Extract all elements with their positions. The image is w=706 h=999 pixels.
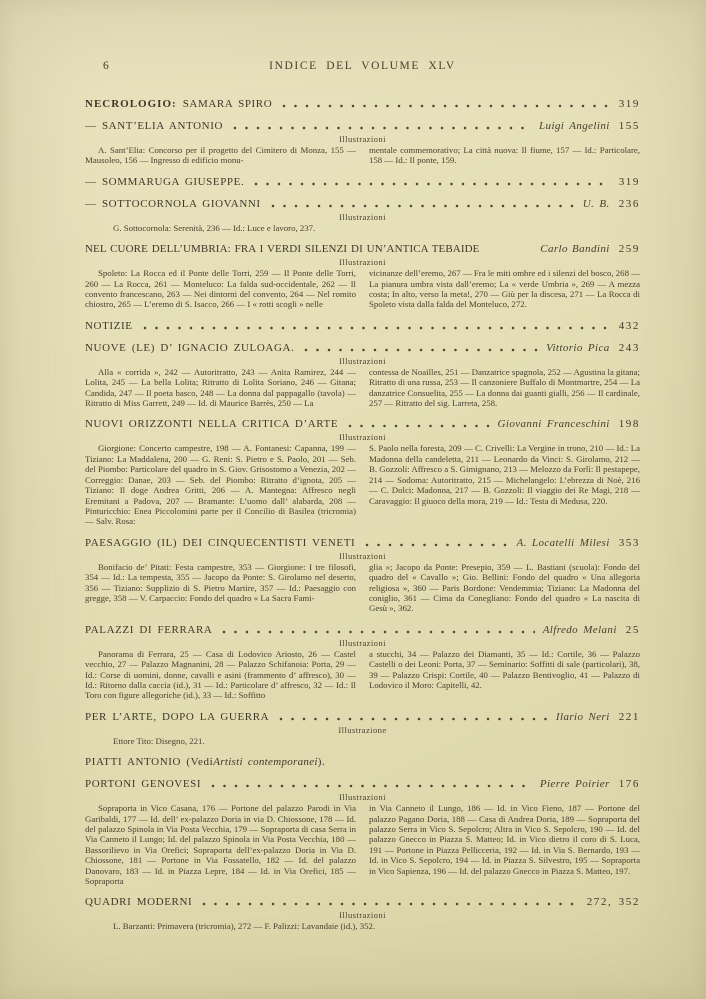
entry-title: NUOVI ORIZZONTI NELLA CRITICA D’ARTE (85, 418, 338, 430)
page-header: 6 INDICE DEL VOLUME XLV (85, 60, 640, 72)
illustrations-columns: Sopraporta in Vico Casana, 176 — Portone… (85, 803, 640, 886)
illustrations-label: Illustrazioni (85, 257, 640, 267)
entry-author: Alfredo Melani (543, 624, 617, 636)
entry-heading: — SANT’ELIA ANTONIO Luigi Angelini 155 (85, 120, 640, 132)
entry-page: 272, 352 (587, 896, 640, 908)
index-entry: — SANT’ELIA ANTONIO Luigi Angelini 155 I… (85, 120, 640, 166)
entry-title: QUADRI MODERNI (85, 896, 192, 908)
entry-page: 353 (619, 537, 640, 549)
index-entry: NUOVE (LE) D’ IGNACIO ZULOAGA. Vittorio … (85, 342, 640, 409)
entry-page: 432 (619, 320, 640, 332)
index-entry: NOTIZIE 432 (85, 320, 640, 332)
entry-page: 198 (619, 418, 640, 430)
illustrations-right-column: a stucchi, 34 — Palazzo dei Diamanti, 35… (369, 649, 640, 701)
index-entry: NUOVI ORIZZONTI NELLA CRITICA D’ARTE Gio… (85, 418, 640, 526)
illustrations-line: Ettore Tito: Disegno, 221. (99, 736, 640, 746)
index-entry: QUADRI MODERNI 272, 352 Illustrazioni L.… (85, 896, 640, 931)
leader-dots (279, 712, 548, 723)
index-entry: — SOMMARUGA GIUSEPPE. 319 (85, 176, 640, 188)
entry-title: PAESAGGIO (IL) DEI CINQUECENTISTI VENETI (85, 537, 355, 549)
entry-title: SAMARA SPIRO (183, 98, 273, 110)
entry-title: NOTIZIE (85, 320, 133, 332)
illustrations-left-column: Spoleto: La Rocca ed il Ponte delle Torr… (85, 268, 356, 310)
entry-heading: — SOMMARUGA GIUSEPPE. 319 (85, 176, 640, 188)
index-entry: PIATTI ANTONIO (Vedi Artisti contemporan… (85, 756, 640, 768)
illustrations-label: Illustrazioni (85, 432, 640, 442)
index-entry: PER L’ARTE, DOPO LA GUERRA Ilario Neri 2… (85, 711, 640, 746)
illustrations-left-column: Giorgione: Concerto campestre, 198 — A. … (85, 443, 356, 526)
entry-heading: NEL CUORE DELL’UMBRIA: FRA I VERDI SILEN… (85, 243, 640, 255)
entry-page: 155 (619, 120, 640, 132)
leader-dots (222, 625, 534, 636)
leader-dots (143, 321, 611, 332)
entry-author: Carlo Bandini (540, 243, 609, 255)
illustrations-columns: Giorgione: Concerto campestre, 198 — A. … (85, 443, 640, 526)
leader-dots (211, 779, 532, 790)
illustrations-label: Illustrazioni (85, 910, 640, 920)
illustrations-columns: A. Sant’Elia: Concorso per il progetto d… (85, 145, 640, 166)
entry-title: — SANT’ELIA ANTONIO (85, 120, 223, 132)
page-title: INDICE DEL VOLUME XLV (269, 60, 456, 72)
illustrations-line: G. Sottocornola: Serenità, 236 — Id.: Lu… (99, 223, 640, 233)
leader-dots (348, 419, 489, 430)
entry-author: Ilario Neri (556, 711, 610, 723)
entry-heading: — SOTTOCORNOLA GIOVANNI U. B. 236 (85, 198, 640, 210)
entry-title: PIATTI ANTONIO (Vedi (85, 756, 213, 768)
entry-heading: PER L’ARTE, DOPO LA GUERRA Ilario Neri 2… (85, 711, 640, 723)
index-entry: NECROLOGIO: SAMARA SPIRO 319 (85, 98, 640, 110)
entry-heading: PORTONI GENOVESI Pierre Poirier 176 (85, 778, 640, 790)
leader-dots (202, 897, 578, 908)
entry-heading: PALAZZI DI FERRARA Alfredo Melani 25 (85, 624, 640, 636)
index-entry: PORTONI GENOVESI Pierre Poirier 176 Illu… (85, 778, 640, 886)
entry-page: 259 (619, 243, 640, 255)
entry-title: NUOVE (LE) D’ IGNACIO ZULOAGA. (85, 342, 294, 354)
illustrations-columns: Spoleto: La Rocca ed il Ponte delle Torr… (85, 268, 640, 310)
illustrations-columns: Panorama di Ferrara, 25 — Casa di Lodovi… (85, 649, 640, 701)
illustrations-left-column: A. Sant’Elia: Concorso per il progetto d… (85, 145, 356, 166)
entry-title: — SOMMARUGA GIUSEPPE. (85, 176, 244, 188)
illustrations-columns: Bonifacio de’ Pitati: Festa campestre, 3… (85, 562, 640, 614)
entry-page: 25 (626, 624, 640, 636)
entry-author: Giovanni Franceschini (498, 418, 610, 430)
entry-heading: NUOVI ORIZZONTI NELLA CRITICA D’ARTE Gio… (85, 418, 640, 430)
illustrations-right-column: S. Paolo nella foresta, 209 — C. Crivell… (369, 443, 640, 526)
entry-page: 319 (619, 176, 640, 188)
entry-page: 243 (619, 342, 640, 354)
illustrations-line: L. Barzanti: Primavera (tricromia), 272 … (99, 921, 640, 931)
entry-heading: QUADRI MODERNI 272, 352 (85, 896, 640, 908)
illustrations-columns: Alla « corrida », 242 — Autoritratto, 24… (85, 367, 640, 409)
illustrations-label: Illustrazioni (85, 638, 640, 648)
entry-heading: PIATTI ANTONIO (Vedi Artisti contemporan… (85, 756, 640, 768)
illustrations-left-column: Panorama di Ferrara, 25 — Casa di Lodovi… (85, 649, 356, 701)
entry-page: 176 (619, 778, 640, 790)
entry-title: PALAZZI DI FERRARA (85, 624, 212, 636)
entry-author: Vittorio Pica (546, 342, 610, 354)
illustrations-left-column: Alla « corrida », 242 — Autoritratto, 24… (85, 367, 356, 409)
leader-dots (304, 343, 538, 354)
leader-dots (271, 199, 575, 210)
entry-title: PORTONI GENOVESI (85, 778, 201, 790)
index-entry: — SOTTOCORNOLA GIOVANNI U. B. 236 Illust… (85, 198, 640, 233)
entry-author: Luigi Angelini (539, 120, 610, 132)
entry-title: NEL CUORE DELL’UMBRIA: FRA I VERDI SILEN… (85, 243, 479, 255)
illustrations-left-column: Bonifacio de’ Pitati: Festa campestre, 3… (85, 562, 356, 614)
entry-author: A. Locatelli Milesi (517, 537, 610, 549)
entry-heading: NOTIZIE 432 (85, 320, 640, 332)
illustrations-label: Illustrazioni (85, 212, 640, 222)
index-page: 6 INDICE DEL VOLUME XLV NECROLOGIO: SAMA… (0, 0, 706, 932)
illustrations-right-column: contessa de Noailles, 251 — Danzatrice s… (369, 367, 640, 409)
illustrations-label: Illustrazioni (85, 792, 640, 802)
illustrations-label: Illustrazioni (85, 551, 640, 561)
index-entry: NEL CUORE DELL’UMBRIA: FRA I VERDI SILEN… (85, 243, 640, 310)
entry-heading: PAESAGGIO (IL) DEI CINQUECENTISTI VENETI… (85, 537, 640, 549)
illustrations-right-column: glia »; Jacopo da Ponte: Presepio, 359 —… (369, 562, 640, 614)
entry-title-italic: Artisti contemporanei (213, 756, 318, 768)
entry-page: 221 (619, 711, 640, 723)
leader-dots (365, 538, 508, 549)
index-entry: PAESAGGIO (IL) DEI CINQUECENTISTI VENETI… (85, 537, 640, 614)
illustrations-label: Illustrazioni (85, 356, 640, 366)
leader-dots (282, 99, 610, 110)
entry-page: 236 (619, 198, 640, 210)
entry-title: — SOTTOCORNOLA GIOVANNI (85, 198, 261, 210)
entry-author: U. B. (583, 198, 610, 210)
heading-spacer (483, 244, 536, 255)
page-number: 6 (103, 60, 109, 72)
illustrations-left-column: Sopraporta in Vico Casana, 176 — Portone… (85, 803, 356, 886)
illustrations-label: Illustrazioni (85, 134, 640, 144)
leader-dots (254, 177, 610, 188)
leader-dots (233, 121, 531, 132)
illustrations-label: Illustrazione (85, 725, 640, 735)
illustrations-right-column: vicinanze dell’eremo, 267 — Fra le miti … (369, 268, 640, 310)
entry-title-suffix: ). (318, 756, 326, 768)
entry-heading: NECROLOGIO: SAMARA SPIRO 319 (85, 98, 640, 110)
index-entry: PALAZZI DI FERRARA Alfredo Melani 25 Ill… (85, 624, 640, 701)
entry-title: PER L’ARTE, DOPO LA GUERRA (85, 711, 269, 723)
entry-page: 319 (619, 98, 640, 110)
illustrations-right-column: in Via Canneto il Lungo, 186 — Id. in Vi… (369, 803, 640, 886)
entry-author: Pierre Poirier (540, 778, 610, 790)
illustrations-right-column: mentale commemorativo; La città nuova: I… (369, 145, 640, 166)
entry-title-bold: NECROLOGIO: (85, 98, 177, 110)
entry-heading: NUOVE (LE) D’ IGNACIO ZULOAGA. Vittorio … (85, 342, 640, 354)
